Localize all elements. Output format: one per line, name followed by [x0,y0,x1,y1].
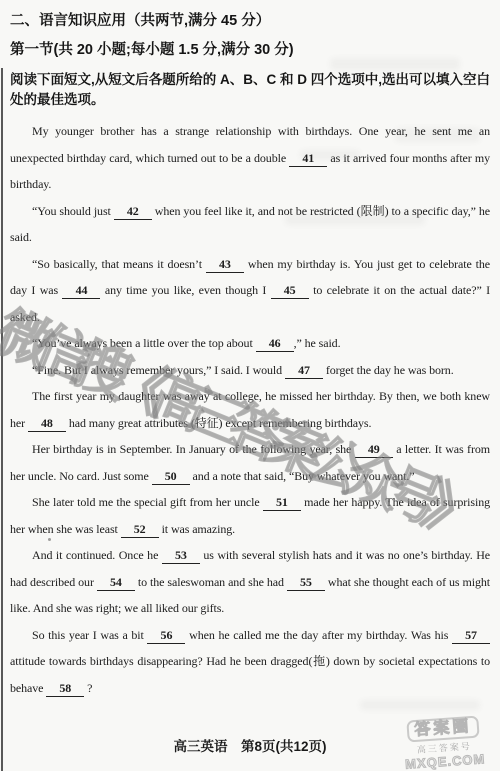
passage-paragraph: “You’ve always been a little over the to… [10,330,490,357]
cloze-blank-52: 52 [121,522,159,538]
passage-paragraph: My younger brother has a strange relatio… [10,118,490,198]
passage-paragraph: So this year I was a bit 56 when he call… [10,622,490,702]
cloze-blank-57: 57 [452,628,490,644]
cloze-blank-50: 50 [152,469,190,485]
cloze-blank-58: 58 [46,681,84,697]
scan-edge-line [1,68,3,771]
exam-page: 二、语言知识应用（共两节,满分 45 分） 第一节(共 20 小题;每小题 1.… [0,0,500,771]
page-footer: 高三英语 第8页(共12页) [0,735,500,755]
passage-paragraph: Her birthday is in September. In January… [10,436,490,489]
passage-paragraph: And it continued. Once he 53 us with sev… [10,542,490,622]
cloze-blank-51: 51 [263,495,301,511]
cloze-blank-45: 45 [271,283,309,299]
passage-paragraph: “Fine. But I always remember yours,” I s… [10,357,490,384]
cloze-blank-47: 47 [285,363,323,379]
section-heading: 二、语言知识应用（共两节,满分 45 分） [10,10,490,32]
cloze-blank-44: 44 [62,283,100,299]
passage-paragraph: She later told me the special gift from … [10,489,490,542]
cloze-blank-55: 55 [287,575,325,591]
cloze-blank-53: 53 [162,548,200,564]
passage-paragraph: “You should just 42 when you feel like i… [10,198,490,251]
cloze-instructions: 阅读下面短文,从短文后各题所给的 A、B、C 和 D 四个选项中,选出可以填入空… [10,70,490,110]
passage-paragraph: “So basically, that means it doesn’t 43 … [10,251,490,331]
cloze-blank-43: 43 [206,257,244,273]
cloze-blank-56: 56 [147,628,185,644]
scan-artifact [360,700,480,710]
cloze-blank-42: 42 [114,204,152,220]
cloze-passage: My younger brother has a strange relatio… [10,118,490,701]
cloze-blank-46: 46 [256,336,294,352]
scan-artifact [330,58,460,70]
cloze-blank-41: 41 [289,151,327,167]
cloze-blank-54: 54 [97,575,135,591]
passage-paragraph: The first year my daughter was away at c… [10,383,490,436]
cloze-blank-49: 49 [355,442,393,458]
cloze-blank-48: 48 [28,416,66,432]
